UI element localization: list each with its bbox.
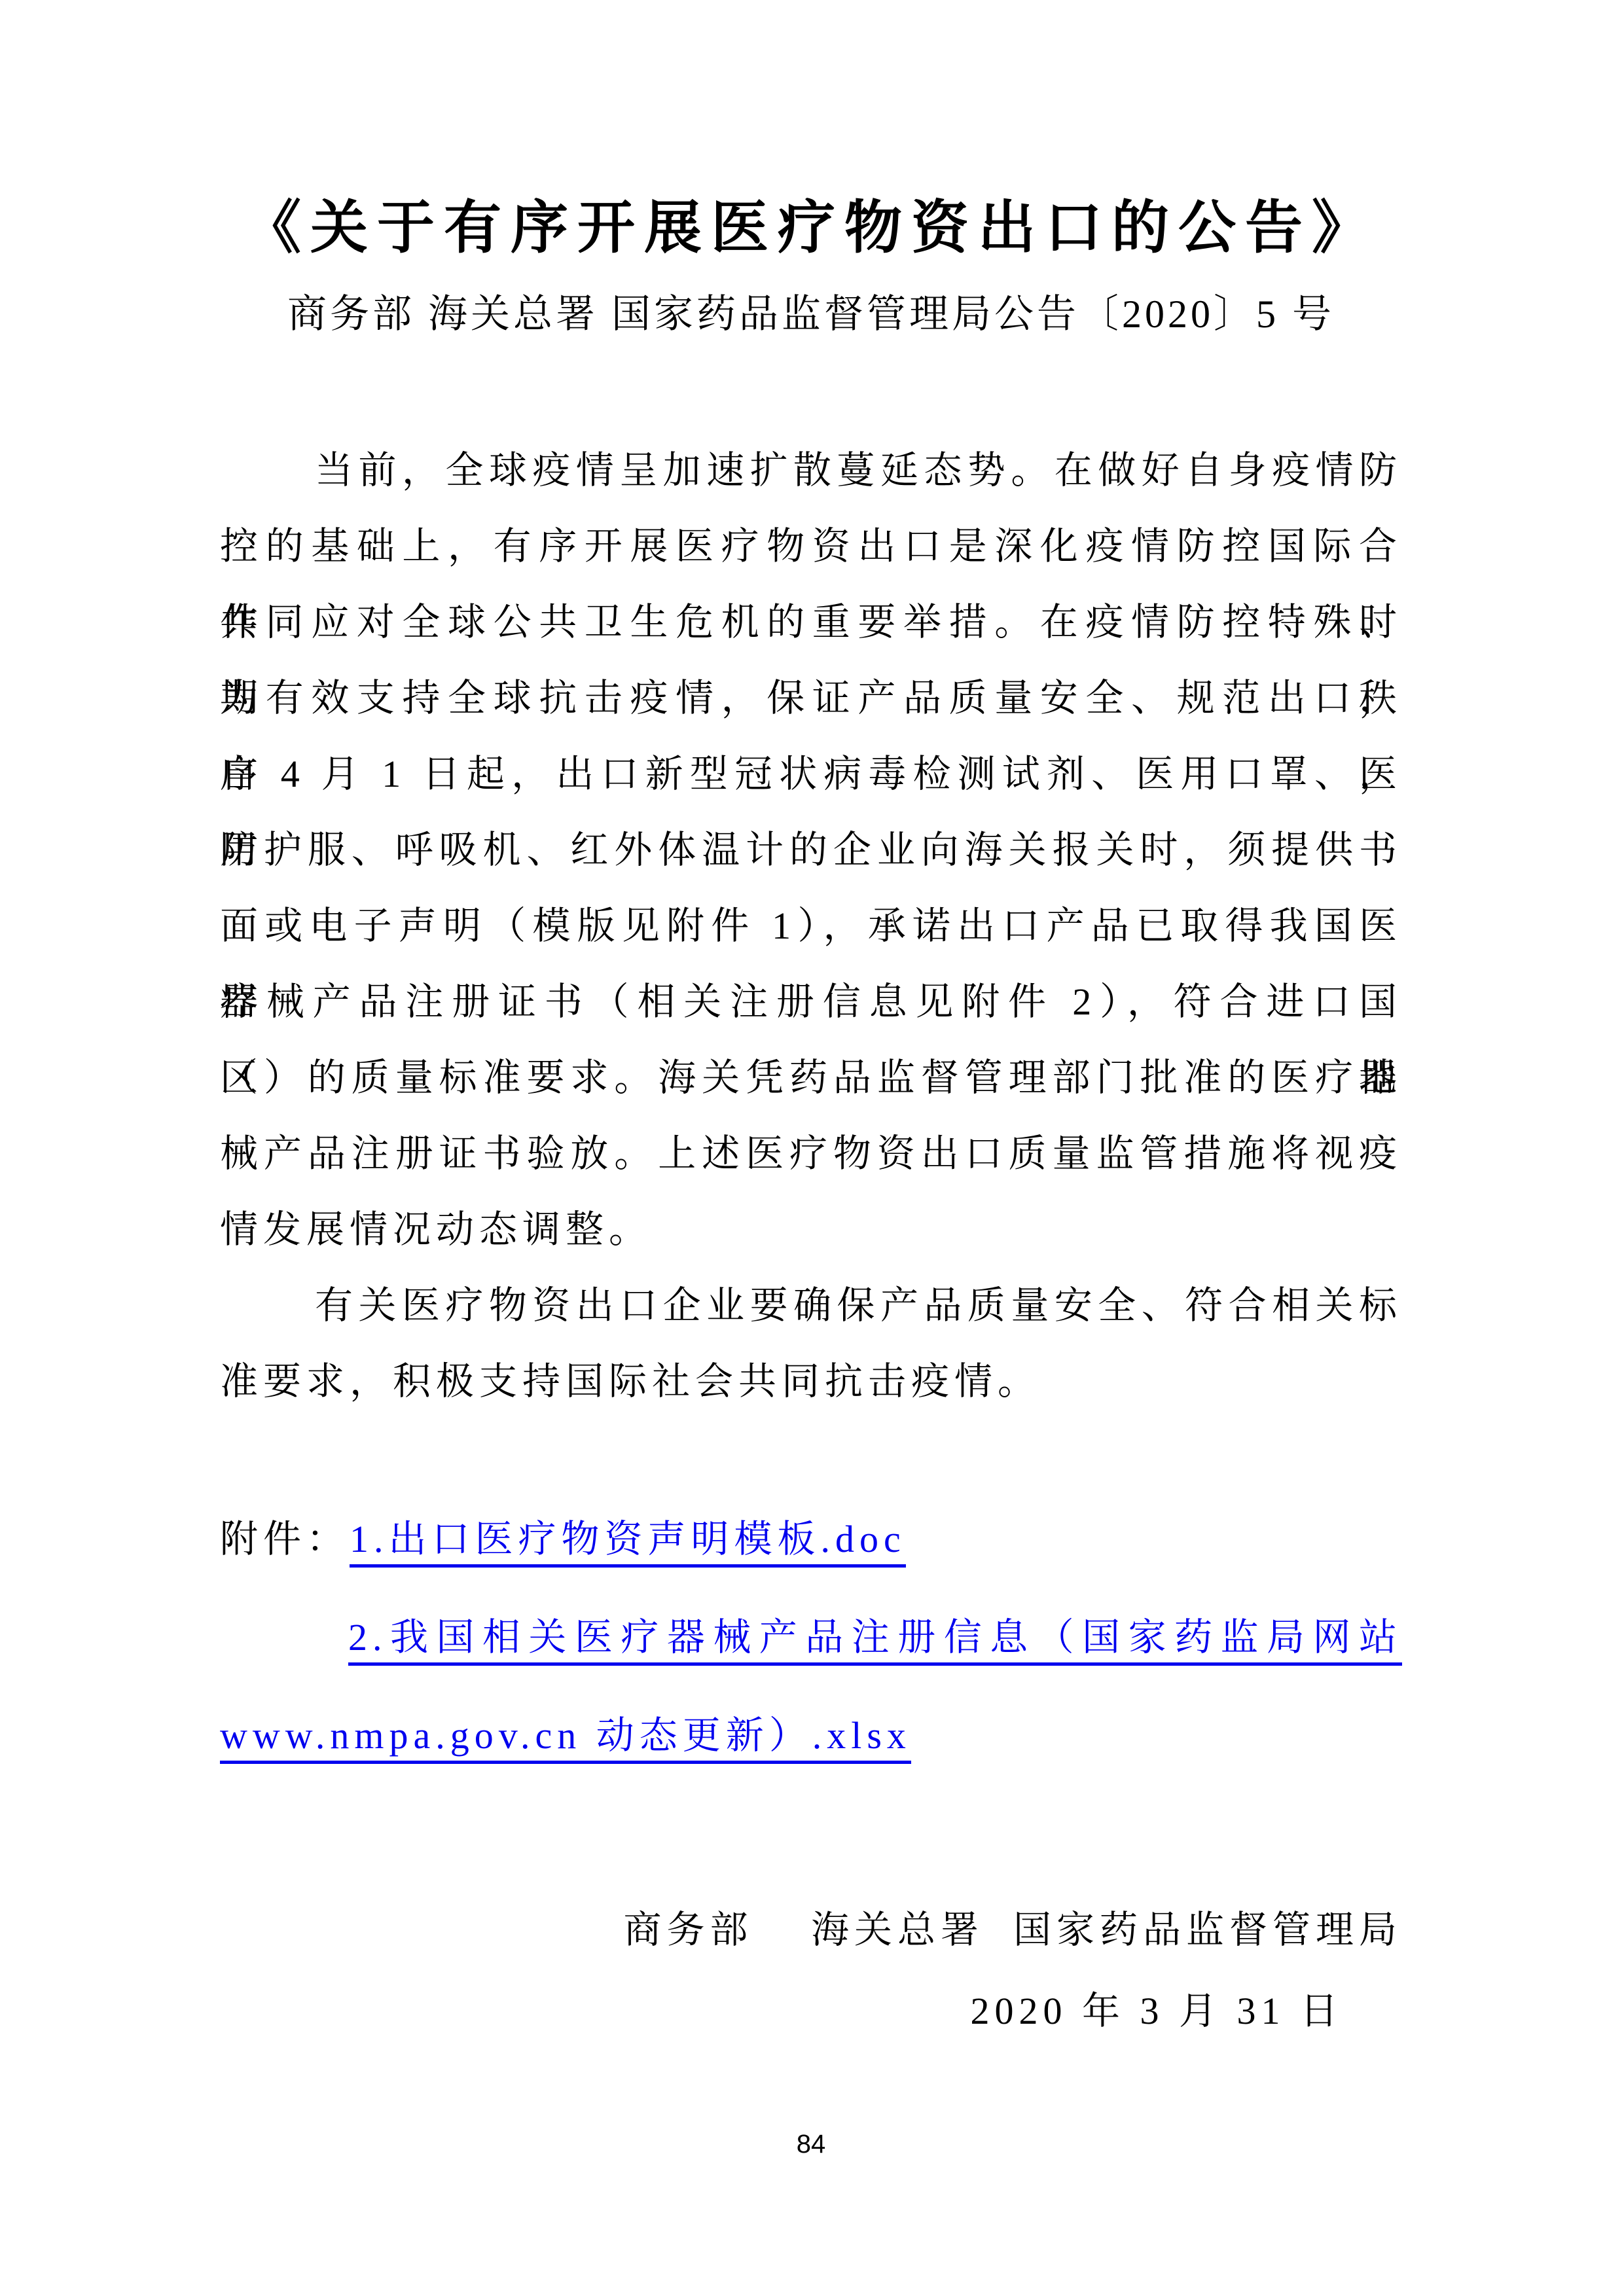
body-line: 当前，全球疫情呈加速扩散蔓延态势。在做好自身疫情防 — [220, 433, 1402, 509]
body-line: 共同应对全球公共卫生危机的重要举措。在疫情防控特殊时期， — [220, 584, 1402, 660]
signature-agencies: 商务部 海关总署 国家药品监督管理局 — [220, 1890, 1402, 1971]
page-title: 《关于有序开展医疗物资出口的公告》 — [220, 196, 1402, 262]
signature-section: 商务部 海关总署 国家药品监督管理局 2020 年 3 月 31 日 — [220, 1890, 1402, 2052]
signature-date: 2020 年 3 月 31 日 — [220, 1971, 1402, 2052]
attachment-link-xlsx-line2[interactable]: www.nmpa.gov.cn 动态更新）.xlsx — [220, 1714, 911, 1764]
body-line: 械产品注册证书验放。上述医疗物资出口质量监管措施将视疫 — [220, 1116, 1402, 1192]
body-line: 有关医疗物资出口企业要确保产品质量安全、符合相关标 — [220, 1268, 1402, 1344]
body-line: 准要求，积极支持国际社会共同抗击疫情。 — [220, 1344, 1402, 1420]
body-line: 为有效支持全球抗击疫情，保证产品质量安全、规范出口秩序， — [220, 660, 1402, 736]
document-page: 《关于有序开展医疗物资出口的公告》 商务部 海关总署 国家药品监督管理局公告〔2… — [0, 0, 1624, 2296]
attachment-line: www.nmpa.gov.cn 动态更新）.xlsx — [220, 1687, 1402, 1785]
body-line: 器械产品注册证书（相关注册信息见附件 2），符合进口国（地 — [220, 964, 1402, 1040]
attachments-section: 附件：1.出口医疗物资声明模板.doc 2.我国相关医疗器械产品注册信息（国家药… — [220, 1490, 1402, 1785]
attachment-line: 附件：1.出口医疗物资声明模板.doc — [220, 1490, 1402, 1588]
body-line: 控的基础上，有序开展医疗物资出口是深化疫情防控国际合作、 — [220, 509, 1402, 584]
body-line: 防护服、呼吸机、红外体温计的企业向海关报关时，须提供书 — [220, 812, 1402, 888]
body-line: 面或电子声明（模版见附件 1），承诺出口产品已取得我国医疗 — [220, 888, 1402, 964]
body-line: 情发展情况动态调整。 — [220, 1192, 1402, 1268]
body-paragraphs: 当前，全球疫情呈加速扩散蔓延态势。在做好自身疫情防 控的基础上，有序开展医疗物资… — [220, 433, 1402, 1420]
attachment-link-doc[interactable]: 1.出口医疗物资声明模板.doc — [350, 1518, 906, 1568]
attachments-label: 附件： — [220, 1518, 350, 1560]
attachment-line: 2.我国相关医疗器械产品注册信息（国家药监局网站 — [220, 1588, 1402, 1687]
announcement-number: 商务部 海关总署 国家药品监督管理局公告〔2020〕5 号 — [220, 288, 1402, 340]
page-number: 84 — [220, 2128, 1402, 2160]
body-line: 区）的质量标准要求。海关凭药品监督管理部门批准的医疗器 — [220, 1040, 1402, 1116]
attachment-link-xlsx-line1[interactable]: 2.我国相关医疗器械产品注册信息（国家药监局网站 — [348, 1616, 1402, 1666]
body-line: 自 4 月 1 日起，出口新型冠状病毒检测试剂、医用口罩、医用 — [220, 736, 1402, 812]
